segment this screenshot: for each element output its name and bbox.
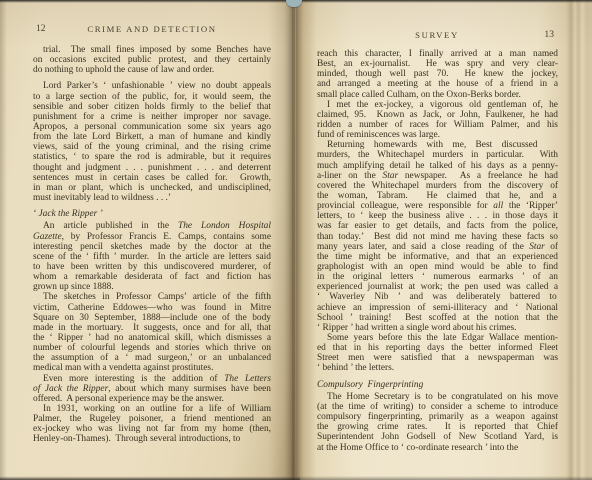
text-line: sensible and sober citizen holds firmly …: [33, 102, 271, 112]
paragraph: trial. The small fines imposed by some B…: [33, 45, 271, 75]
text-line: The sketches in Professor Camps’ article…: [33, 292, 271, 302]
text-line: Palmer, the Rugeley poisoner, a friend m…: [33, 414, 271, 424]
text-line: Henley-on-Thames). Through several intro…: [33, 434, 271, 444]
text-line: The Home Secretary is to be congratulate…: [317, 392, 558, 402]
text-line: medical man with a vendetta against pros…: [33, 363, 271, 373]
paragraph: Lord Parker’s ‘ unfashionable ’ view no …: [33, 81, 271, 203]
section-heading: Compulsory Fingerprinting: [317, 380, 558, 390]
text-line: experienced journalist at work; the pen …: [317, 282, 558, 292]
text-line: An article published in the The London H…: [33, 221, 271, 231]
text-line: ex-jockey who was living not far from my…: [33, 424, 271, 434]
text-line: achieve an impression of semi-illiteracy…: [317, 303, 558, 313]
text-line: ‘ Waverley Nib ’ and was deliberately ba…: [317, 292, 558, 302]
text-line: covered the Whitechapel murders from the…: [317, 181, 558, 191]
text-line: ‘ Ripper ’ had written a single word abo…: [317, 323, 558, 333]
text-line: whom a remarkable desiderata of fact and…: [33, 272, 271, 282]
fore-edge-pages: [566, 0, 592, 480]
text-line: to have been written by this undiscovere…: [33, 262, 271, 272]
text-line: was far easier to get details, and facts…: [317, 221, 558, 231]
text-line: in the original letters ‘ numerous earma…: [317, 272, 558, 282]
text-line: the ‘ Ripper ’ had no anatomical skill, …: [33, 333, 271, 343]
text-line: Gazette, by Professor Francis E. Camps, …: [33, 232, 271, 242]
text-line: of Jack the Ripper, about which many sur…: [33, 384, 271, 394]
text-line: views, said of the young criminal, and t…: [33, 142, 271, 152]
text-line: many years later, and said a close readi…: [317, 242, 558, 252]
paragraph: The Home Secretary is to be congratulate…: [317, 392, 558, 453]
text-line: the assumption of a ‘ mad surgeon,’ or a…: [33, 353, 271, 363]
text-line: ‘ behind ’ the letters.: [317, 363, 558, 373]
left-page-edge: [0, 0, 7, 480]
text-line: than today.’ Best did not mind me having…: [317, 232, 558, 242]
text-line: offered. A personal experience may be th…: [33, 394, 271, 404]
text-line: In 1931, working on an outline for a lif…: [33, 404, 271, 414]
text-line: the growing crime rates. It is reported …: [317, 422, 558, 432]
text-line: made in the mortuary. It suggests, once …: [33, 323, 271, 333]
text-line: must inevitably lead to wildness . . .’: [33, 193, 271, 203]
text-line: the woman, Tabram. He claimed that he, a…: [317, 191, 558, 201]
text-line: I met the ex-jockey, a vigorous old gent…: [317, 100, 558, 110]
text-line: do nothing to uphold the cause of law an…: [33, 65, 271, 75]
section-heading: ‘ Jack the Ripper ’: [33, 209, 271, 219]
text-line: grown up since 1888.: [33, 282, 271, 292]
text-line: thought and judgment . . . punishment . …: [33, 163, 271, 173]
text-line: murders, the Whitechapel murders in part…: [317, 150, 558, 160]
text-line: trial. The small fines imposed by some B…: [33, 45, 271, 55]
right-page-text: reach this character, I finally arrived …: [317, 49, 558, 453]
text-line: Superintendent John Godsell of New Scotl…: [317, 432, 558, 442]
text-line: at the Home Office to ‘ co-ordinate rese…: [317, 443, 558, 453]
text-line: Best, an ex-journalist. He was spry and …: [317, 59, 558, 69]
text-line: and arranged a meeting at the house of a…: [317, 79, 558, 89]
text-line: sentences must in certain cases be calle…: [33, 173, 271, 183]
text-line: Apropos, a personal communication some s…: [33, 122, 271, 132]
left-page-text: trial. The small fines imposed by some B…: [33, 45, 271, 445]
text-line: provincial colleague, were responsible f…: [317, 201, 558, 211]
text-line: Square on 30 September, 1888—include one…: [33, 313, 271, 323]
left-running-head-row: 12 CRIME AND DETECTION: [33, 23, 271, 35]
text-line: much amplifying detail he talked of his …: [317, 161, 558, 171]
text-line: Street men were satisfied that a newspap…: [317, 353, 558, 363]
right-running-head-row: 13 SURVEY: [316, 29, 558, 41]
text-line: the time might be informative, and that …: [317, 252, 558, 262]
text-line: statistics, ‘ to spare the rod is admira…: [33, 152, 271, 162]
paragraph: An article published in the The London H…: [33, 221, 271, 292]
right-page-number: 13: [544, 29, 554, 41]
text-line: compulsory fingerprinting, primarily as …: [317, 412, 558, 422]
text-line: number of colourful legends and stories …: [33, 343, 271, 353]
text-line: ridden a number of races for William Pal…: [317, 120, 558, 130]
book-spread: 12 CRIME AND DETECTION 13 SURVEY trial. …: [0, 0, 592, 480]
text-line: Even more interesting is the addition of…: [33, 374, 271, 384]
paragraph: I met the ex-jockey, a vigorous old gent…: [317, 100, 558, 141]
text-line: Returning homewards with me, Best discus…: [317, 140, 558, 150]
paragraph: Returning homewards with me, Best discus…: [317, 140, 558, 333]
paragraph: The sketches in Professor Camps’ article…: [33, 292, 271, 373]
text-line: a-liner on the Star newspaper. As a free…: [317, 171, 558, 181]
right-running-head: SURVEY: [316, 29, 558, 41]
gutter-fold-line: [292, 0, 295, 480]
text-line: (at the time of writing) to consider a s…: [317, 402, 558, 412]
text-line: Lord Parker’s ‘ unfashionable ’ view no …: [33, 81, 271, 91]
text-line: Some years before this the late Edgar Wa…: [317, 333, 558, 343]
text-line: ed that in his reporting days the better…: [317, 343, 558, 353]
text-line: from the late Lord Birkett, a man of hum…: [33, 132, 271, 142]
text-line: minded, though well past 70. He knew the…: [317, 69, 558, 79]
paragraph: Some years before this the late Edgar Wa…: [317, 333, 558, 374]
text-line: scene of the ‘ fifth ’ murder. In the ar…: [33, 252, 271, 262]
text-line: fund of reminiscences was large.: [317, 130, 558, 140]
text-line: in man or plant, which is unchecked, and…: [33, 183, 271, 193]
text-line: graphologist with an open mind would be …: [317, 262, 558, 272]
text-line: letters, to ‘ keep the business alive . …: [317, 211, 558, 221]
text-line: interesting pencil sketches made by the …: [33, 242, 271, 252]
text-line: School ’ training! Best scoffed at the n…: [317, 313, 558, 323]
text-line: punishment for a crime is neither improp…: [33, 112, 271, 122]
paragraph: Even more interesting is the addition of…: [33, 374, 271, 404]
left-page-number: 12: [36, 23, 46, 35]
text-line: reach this character, I finally arrived …: [317, 49, 558, 59]
paragraph: reach this character, I finally arrived …: [317, 49, 558, 100]
paragraph: In 1931, working on an outline for a lif…: [33, 404, 271, 445]
text-line: claimed, 95. Known as Jack, or John, Fau…: [317, 110, 558, 120]
text-line: to a large section of the public, for, i…: [33, 92, 271, 102]
text-line: on occasions excited public protest, and…: [33, 55, 271, 65]
text-line: victim, Catherine Eddowes—who was found …: [33, 303, 271, 313]
text-line: small place called Culham, on the Oxon-B…: [317, 90, 558, 100]
left-running-head: CRIME AND DETECTION: [33, 23, 271, 35]
